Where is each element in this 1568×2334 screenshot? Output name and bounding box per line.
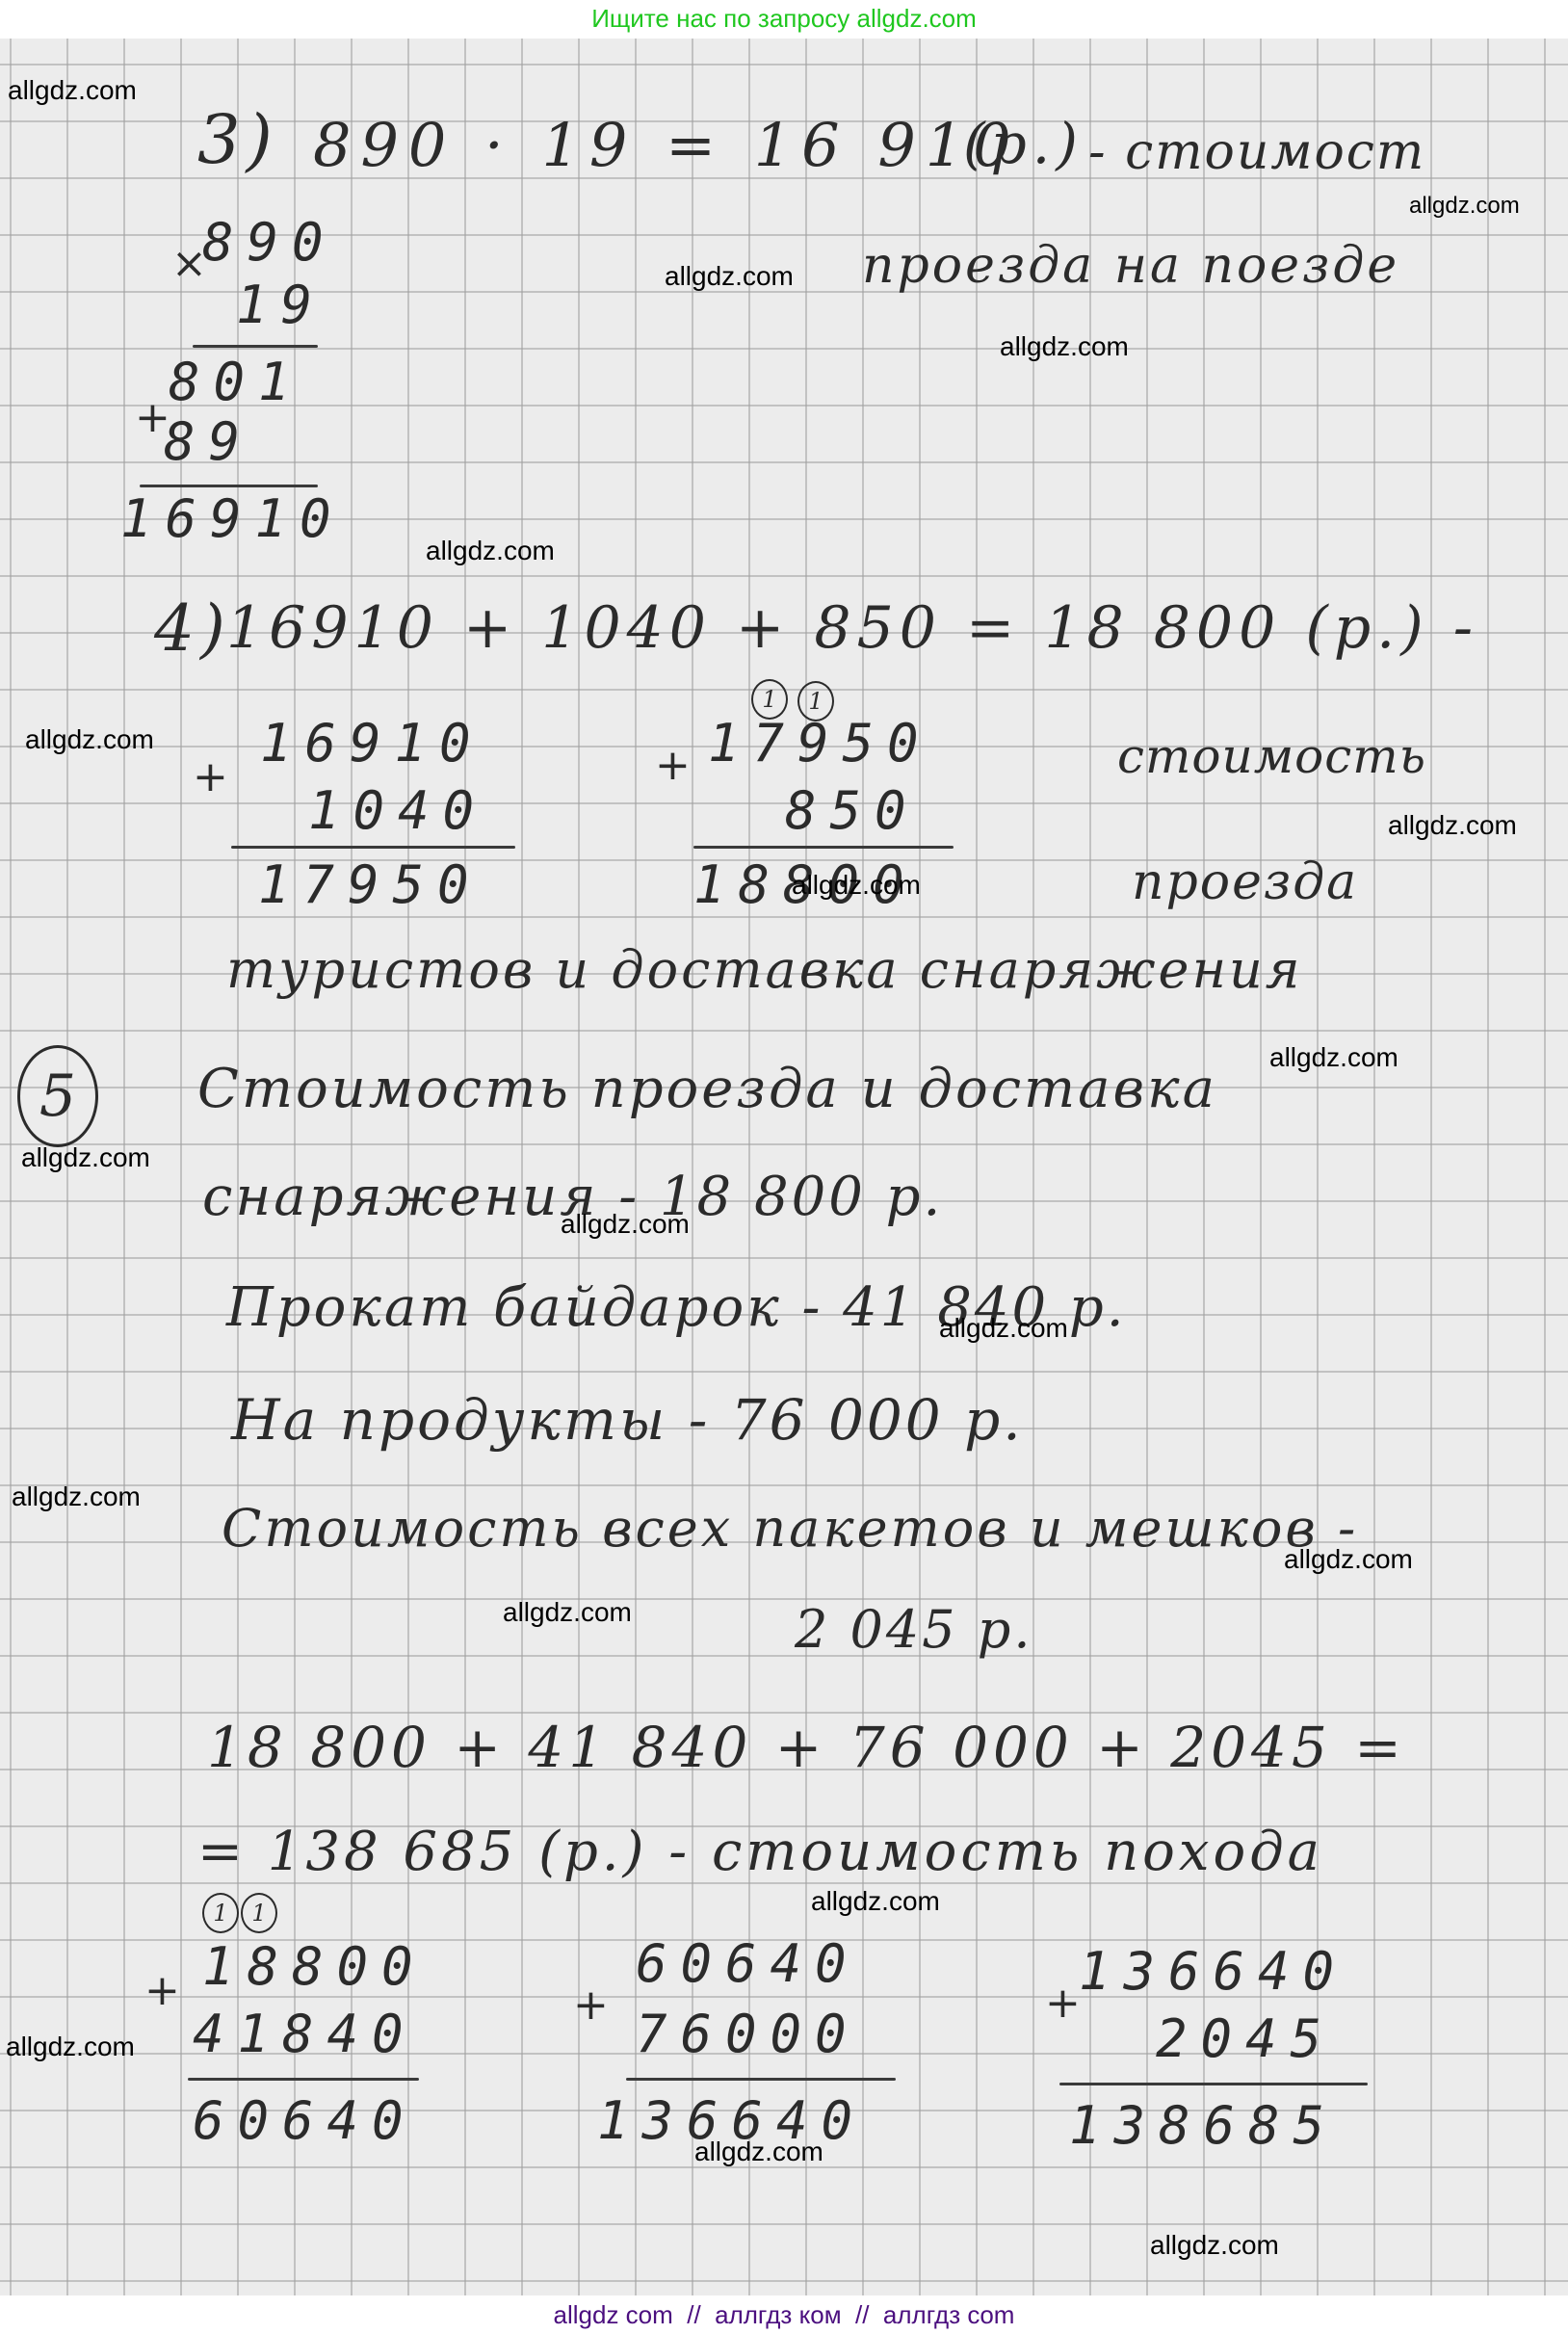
carry-mark: 1	[202, 1893, 239, 1933]
add-operator: +	[193, 756, 228, 799]
watermark: allgdz.com	[1409, 195, 1520, 218]
sum-add2-b: 76000	[636, 2008, 860, 2060]
sum-add2-a: 60640	[636, 1938, 860, 1990]
step5-sum-equation: 18 800 + 41 840 + 76 000 + 2045 =	[207, 1719, 1406, 1775]
step5-line: Стоимость проезда и доставка	[197, 1062, 1217, 1116]
banner-text: Ищите нас по запросу allgdz.com	[591, 4, 977, 34]
mult-result-rule	[140, 485, 318, 487]
sum-add2-rule	[626, 2078, 896, 2081]
step4-equation: 16910 + 1040 + 850 = 18 800 (р.) -	[226, 599, 1478, 657]
mult-rule	[193, 345, 318, 348]
watermark: allgdz.com	[426, 538, 555, 564]
sum-add3-result: 138685	[1069, 2100, 1338, 2152]
notebook-page: 3) 890 · 19 = 16 910 (р.) - стоимост про…	[0, 39, 1568, 2295]
watermark: allgdz.com	[6, 2033, 135, 2060]
step4-label: 4)	[154, 597, 231, 661]
step5-label: 5	[17, 1045, 98, 1147]
add-operator: +	[144, 1970, 180, 2012]
mult-partial2: 89	[164, 416, 253, 468]
sum-add1-rule	[188, 2078, 419, 2081]
mult-partial1: 801	[169, 356, 303, 408]
mult-result: 16910	[120, 493, 345, 545]
add1-result: 17950	[258, 859, 483, 911]
add2-b: 850	[785, 785, 920, 837]
add2-rule	[693, 846, 954, 849]
step5-sum-result: = 138 685 (р.) - стоимость похода	[197, 1825, 1323, 1879]
step3-unit: (р.)	[963, 116, 1084, 171]
watermark: allgdz.com	[25, 726, 154, 753]
top-banner: Ищите нас по запросу allgdz.com	[0, 0, 1568, 39]
step3-desc: - стоимост	[1088, 127, 1425, 177]
watermark: allgdz.com	[1284, 1546, 1413, 1573]
watermark: allgdz.com	[8, 77, 137, 104]
step3-desc-line2: проезда на поезде	[862, 241, 1399, 291]
watermark: allgdz.com	[792, 872, 921, 899]
watermark: allgdz.com	[561, 1211, 690, 1238]
sum-add3-a: 136640	[1079, 1946, 1347, 1998]
step3-label: 3)	[197, 106, 278, 173]
watermark: allgdz.com	[939, 1315, 1068, 1342]
step4-side-text2: проезда	[1132, 857, 1358, 907]
add1-rule	[231, 846, 515, 849]
mult-multiplicand: 890	[202, 217, 337, 269]
sum-add1-a: 18800	[202, 1941, 427, 1993]
step5-line: Стоимость всех пакетов и мешков -	[222, 1503, 1358, 1555]
watermark: allgdz.com	[665, 263, 794, 290]
watermark: allgdz.com	[12, 1483, 141, 1510]
carry-mark: 1	[241, 1893, 277, 1933]
add-operator: +	[573, 1984, 609, 2027]
footer-text: allgdz com // аллгдз ком // аллгдз com	[554, 2300, 1015, 2330]
watermark: allgdz.com	[1388, 812, 1517, 839]
add-operator: +	[1045, 1982, 1081, 2025]
step5-line: На продукты - 76 000 р.	[231, 1392, 1024, 1448]
sum-add1-b: 41840	[193, 2008, 417, 2060]
watermark: allgdz.com	[694, 2138, 823, 2165]
add1-b: 1040	[308, 785, 487, 837]
sum-add1-result: 60640	[193, 2095, 417, 2147]
step5-line: 2 045 р.	[795, 1604, 1033, 1656]
sum-add3-rule	[1059, 2083, 1368, 2085]
watermark: allgdz.com	[1150, 2232, 1279, 2259]
watermark: allgdz.com	[1000, 333, 1129, 360]
step4-side-text1: стоимость	[1117, 732, 1426, 780]
add-operator: +	[655, 745, 691, 787]
watermark: allgdz.com	[503, 1599, 632, 1626]
add2-a: 17950	[708, 718, 932, 770]
add1-a: 16910	[260, 718, 484, 770]
watermark: allgdz.com	[21, 1144, 150, 1171]
sum-add3-b: 2045	[1156, 2013, 1335, 2065]
watermark: allgdz.com	[1269, 1044, 1398, 1071]
mult-multiplier: 19	[236, 279, 326, 331]
watermark: allgdz.com	[811, 1888, 940, 1915]
step3-equation: 890 · 19 = 16 910	[313, 116, 1021, 175]
step4-desc-line3: туристов и доставка снаряжения	[226, 944, 1303, 996]
bottom-banner: allgdz com // аллгдз ком // аллгдз com	[0, 2295, 1568, 2334]
